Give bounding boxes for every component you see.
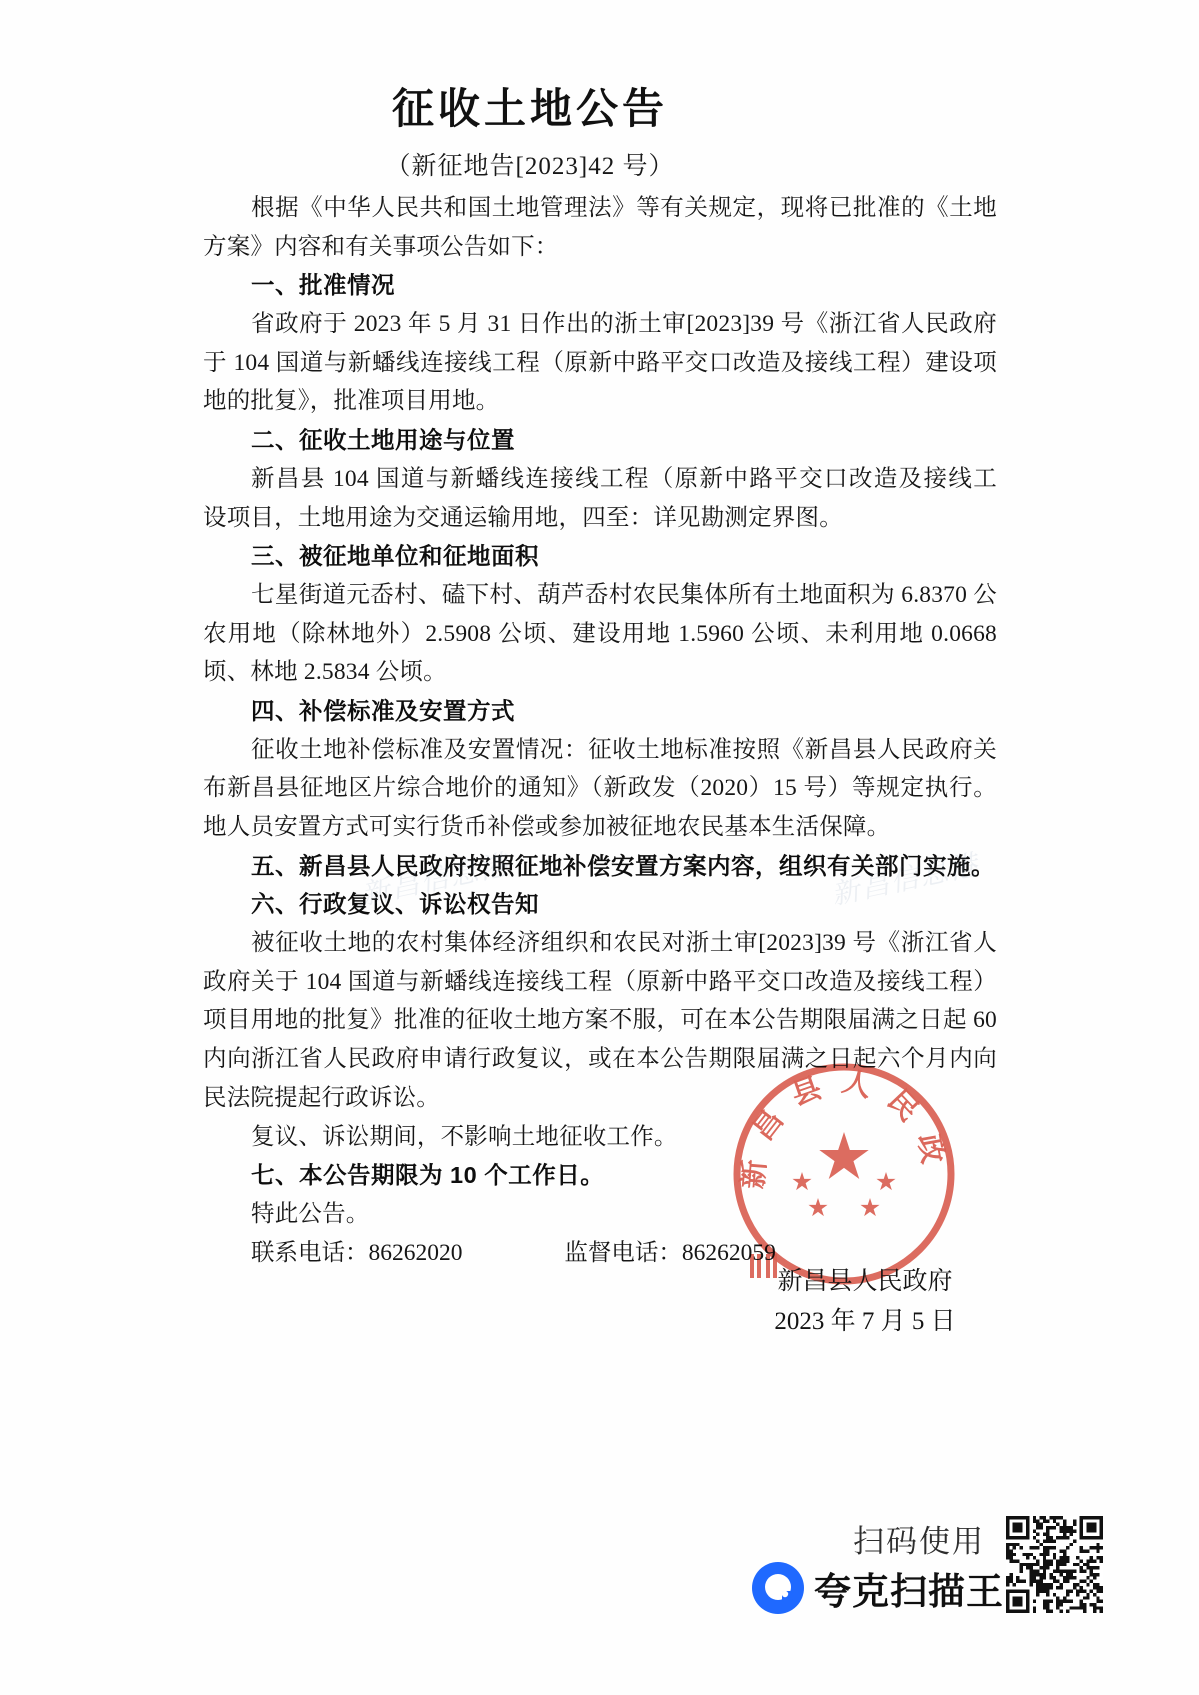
doc-line: 地人员安置方式可实行货币补偿或参加被征地农民基本生活保障。 <box>203 808 997 847</box>
signature-org: 新昌县人民政府 <box>755 1262 975 1302</box>
contact-phone: 联系电话：86262020 <box>251 1234 463 1273</box>
document-number: （新征地告[2023]42 号） <box>0 146 1060 182</box>
doc-line: 顷、林地 2.5834 公顷。 <box>203 653 997 692</box>
doc-line: 方案》内容和有关事项公告如下： <box>203 228 997 267</box>
doc-line: 布新昌县征地区片综合地价的通知》（新政发（2020）15 号）等规定执行。被征 <box>203 769 997 808</box>
signature-block: 新昌县人民政府 2023 年 7 月 5 日 <box>755 1262 975 1342</box>
brand-row: 夸克扫描王 <box>752 1560 1004 1616</box>
doc-line: 七星街道元岙村、磕下村、葫芦岙村农民集体所有土地面积为 6.8370 公顷， <box>203 576 997 615</box>
official-seal-icon: 新昌县人民政府 <box>726 1056 962 1292</box>
quark-logo-icon <box>752 1562 804 1614</box>
doc-line: 被征收土地的农村集体经济组织和农民对浙土审[2023]39 号《浙江省人民 <box>203 924 997 963</box>
scan-hint-text: 扫码使用 <box>853 1516 985 1561</box>
seal-ring-text: 新昌县人民政府 <box>736 1066 952 1191</box>
doc-line: 政府关于 104 国道与新蟠线连接线工程（原新中路平交口改造及接线工程）建设 <box>203 963 997 1002</box>
doc-line: 四、补偿标准及安置方式 <box>203 692 997 731</box>
doc-line: 一、批准情况 <box>203 266 997 305</box>
doc-line: 地的批复》，批准项目用地。 <box>203 382 997 421</box>
qr-code-icon <box>1006 1516 1103 1613</box>
doc-line: 征收土地补偿标准及安置情况：征收土地标准按照《新昌县人民政府关于公 <box>203 731 997 770</box>
svg-text:新昌县人民政府: 新昌县人民政府 <box>736 1066 952 1191</box>
scanned-document-page: 新昌信息港 新昌信息港 征收土地公告 （新征地告[2023]42 号） 根据《中… <box>0 0 1199 1695</box>
doc-line: 新昌县 104 国道与新蟠线连接线工程（原新中路平交口改造及接线工程）建 <box>203 460 997 499</box>
official-seal: 新昌县人民政府 <box>726 1056 962 1292</box>
doc-line: 省政府于 2023 年 5 月 31 日作出的浙土审[2023]39 号《浙江省… <box>203 305 997 344</box>
doc-line: 农用地（除林地外）2.5908 公顷、建设用地 1.5960 公顷、未利用地 0… <box>203 615 997 654</box>
doc-line: 三、被征地单位和征地面积 <box>203 537 997 576</box>
doc-line: 项目用地的批复》批准的征收土地方案不服，可在本公告期限届满之日起 60 日 <box>203 1001 997 1040</box>
signature-date: 2023 年 7 月 5 日 <box>755 1302 975 1342</box>
document-title: 征收土地公告 <box>0 76 1060 136</box>
doc-line: 根据《中华人民共和国土地管理法》等有关规定，现将已批准的《土地征收 <box>203 189 997 228</box>
qr-code <box>1006 1516 1103 1613</box>
doc-line: 设项目，土地用途为交通运输用地，四至：详见勘测定界图。 <box>203 499 997 538</box>
brand-name: 夸克扫描王 <box>814 1561 1004 1615</box>
doc-line: 于 104 国道与新蟠线连接线工程（原新中路平交口改造及接线工程）建设项目用 <box>203 344 997 383</box>
doc-line: 二、征收土地用途与位置 <box>203 421 997 460</box>
